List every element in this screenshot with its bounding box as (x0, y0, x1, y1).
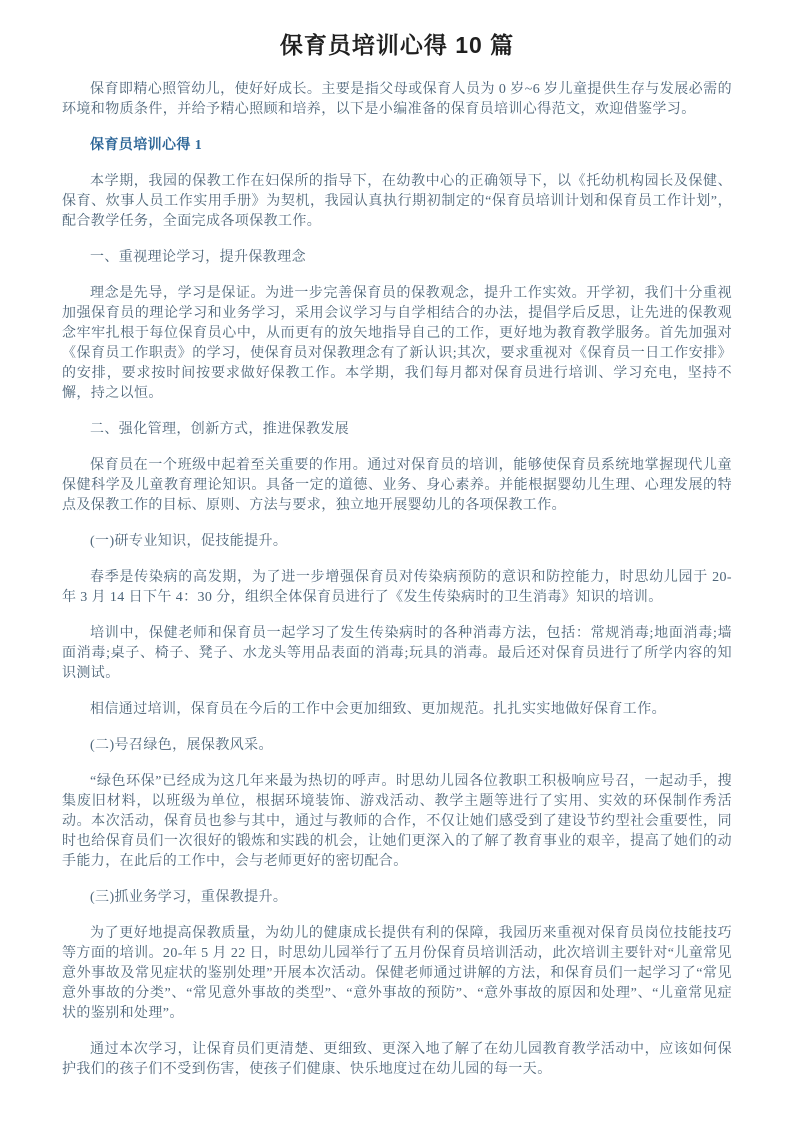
body-paragraph: “绿色环保”已经成为这几年来最为热切的呼声。时思幼儿园各位教职工积极响应号召，一… (62, 772, 732, 872)
section-heading: 一、重视理论学习，提升保教理念 (62, 248, 732, 268)
page-title: 保育员培训心得 10 篇 (62, 30, 732, 60)
section-heading: (二)号召绿色，展保教风采。 (62, 736, 732, 756)
body-paragraph: 理念是先导，学习是保证。为进一步完善保育员的保教观念，提升工作实效。开学初，我们… (62, 284, 732, 404)
body-paragraph: 保育员在一个班级中起着至关重要的作用。通过对保育员的培训，能够使保育员系统地掌握… (62, 456, 732, 516)
essay-1-heading: 保育员培训心得 1 (62, 136, 732, 156)
section-heading: (一)研专业知识，促技能提升。 (62, 532, 732, 552)
intro-paragraph: 保育即精心照管幼儿，使好好成长。主要是指父母或保育人员为 0 岁~6 岁儿童提供… (62, 80, 732, 120)
body-paragraph: 本学期，我园的保教工作在妇保所的指导下，在幼教中心的正确领导下，以《托幼机构园长… (62, 172, 732, 232)
document-page: 保育员培训心得 10 篇 保育即精心照管幼儿，使好好成长。主要是指父母或保育人员… (0, 0, 794, 1123)
section-heading: 二、强化管理，创新方式，推进保教发展 (62, 420, 732, 440)
body-paragraph: 春季是传染病的高发期，为了进一步增强保育员对传染病预防的意识和防控能力，时思幼儿… (62, 568, 732, 608)
body-paragraph: 培训中，保健老师和保育员一起学习了发生传染病时的各种消毒方法，包括：常规消毒;地… (62, 624, 732, 684)
body-paragraph: 为了更好地提高保教质量，为幼儿的健康成长提供有利的保障，我园历来重视对保育员岗位… (62, 924, 732, 1024)
section-heading: (三)抓业务学习，重保教提升。 (62, 888, 732, 908)
body-paragraph: 通过本次学习，让保育员们更清楚、更细致、更深入地了解了在幼儿园教育教学活动中，应… (62, 1040, 732, 1080)
body-paragraph: 相信通过培训，保育员在今后的工作中会更加细致、更加规范。扎扎实实地做好保育工作。 (62, 700, 732, 720)
